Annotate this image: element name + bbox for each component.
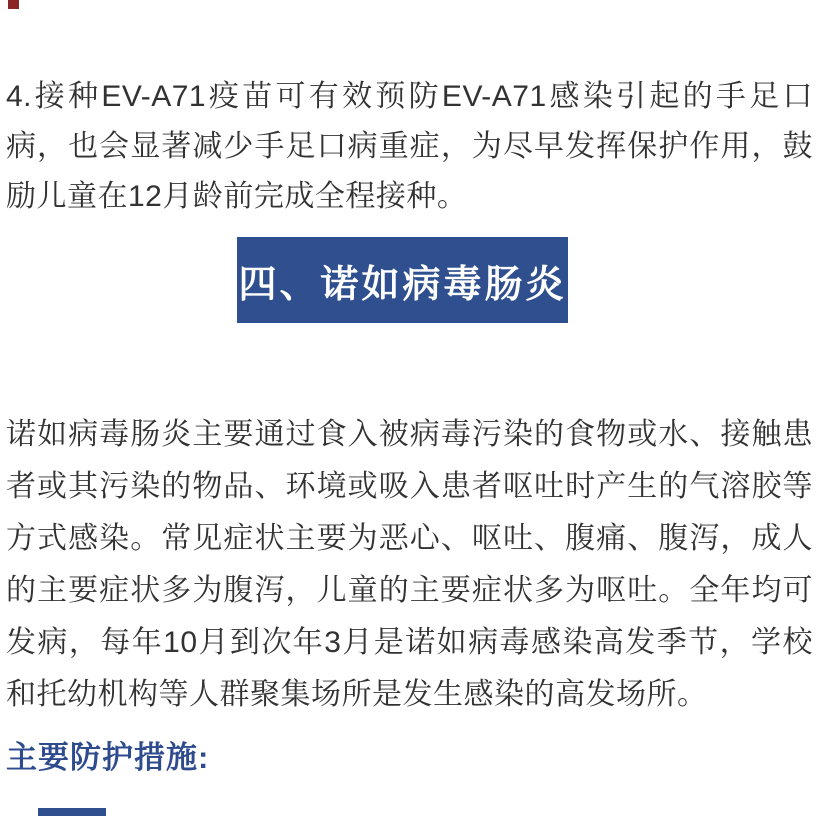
paragraph-norovirus-description: 诺如病毒肠炎主要通过食入被病毒污染的食物或水、接触患者或其污染的物品、环境或吸入… [6, 409, 813, 721]
paragraph-ev-a71-vaccine: 4.接种EV-A71疫苗可有效预防EV-A71感染引起的手足口病，也会显著减少手… [6, 72, 813, 222]
section-banner-norovirus: 四、诺如病毒肠炎 [237, 237, 568, 323]
cropped-bottom-graphic [38, 808, 106, 816]
article-page: 4.接种EV-A71疫苗可有效预防EV-A71感染引起的手足口病，也会显著减少手… [0, 0, 819, 816]
measures-heading: 主要防护措施: [6, 738, 209, 778]
section-banner-title: 四、诺如病毒肠炎 [238, 253, 566, 308]
cropped-top-graphic [8, 0, 19, 9]
